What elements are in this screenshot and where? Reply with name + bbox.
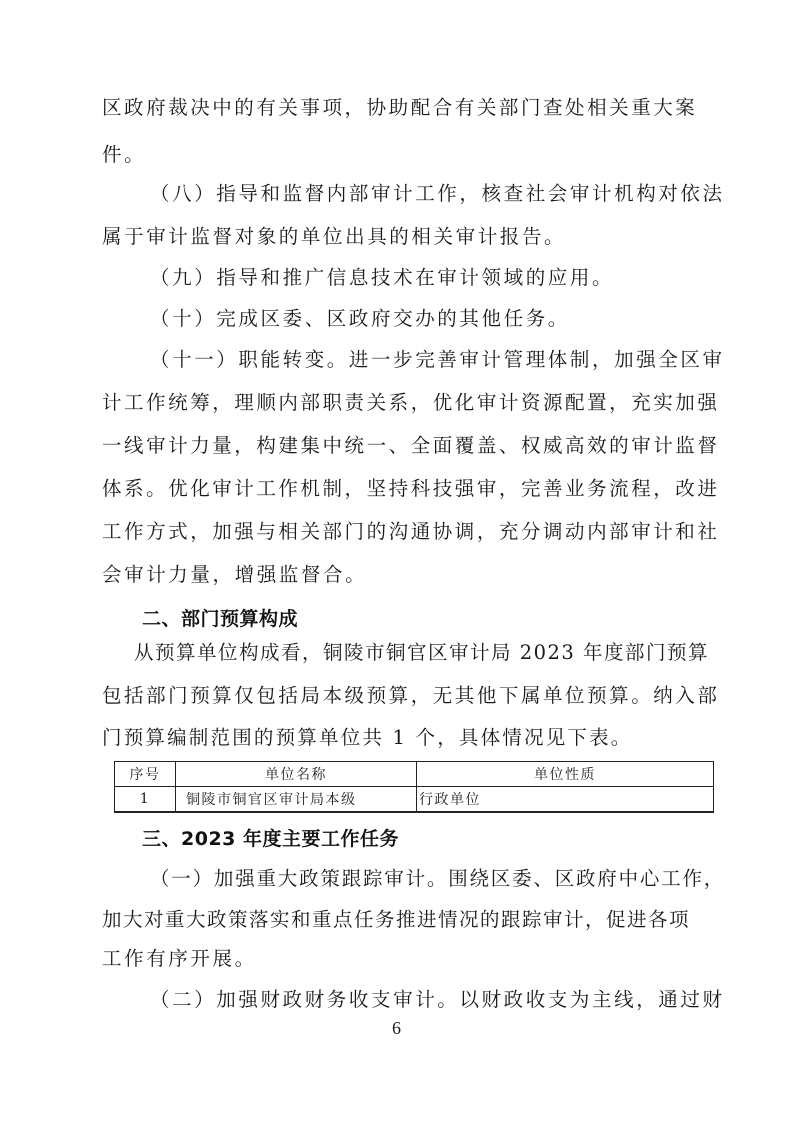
paragraph-line: （八）指导和监督内部审计工作，核查社会审计机构对依法 — [150, 181, 750, 207]
table-cell: 铜陵市铜官区审计局本级 — [176, 787, 417, 813]
paragraph-line: 包括部门预算仅包括局本级预算，无其他下属单位预算。纳入部 — [102, 683, 702, 709]
paragraph-line: 属于审计监督对象的单位出具的相关审计报告。 — [102, 224, 702, 250]
paragraph-line: 件。 — [102, 142, 702, 168]
table-cell: 1 — [115, 787, 176, 813]
section-heading-budget-composition: 二、部门预算构成 — [142, 606, 298, 632]
paragraph-line: 从预算单位构成看，铜陵市铜官区审计局 2023 年度部门预算 — [134, 640, 734, 666]
document-page: 区政府裁决中的有关事项，协助配合有关部门查处相关重大案 件。 （八）指导和监督内… — [0, 0, 793, 1122]
table-header-cell: 单位性质 — [417, 762, 714, 787]
paragraph-line: 工作有序开展。 — [102, 946, 702, 972]
paragraph-line: （一）加强重大政策跟踪审计。围绕区委、区政府中心工作， — [150, 866, 750, 892]
section-heading-main-tasks: 三、2023 年度主要工作任务 — [142, 826, 399, 852]
paragraph-line: 会审计力量，增强监督合。 — [102, 562, 702, 588]
table-header-cell: 序号 — [115, 762, 176, 787]
table-header-cell: 单位名称 — [176, 762, 417, 787]
paragraph-line: （九）指导和推广信息技术在审计领域的应用。 — [150, 265, 750, 291]
paragraph-line: 加大对重大政策落实和重点任务推进情况的跟踪审计，促进各项 — [102, 907, 702, 933]
paragraph-line: 区政府裁决中的有关事项，协助配合有关部门查处相关重大案 — [102, 95, 702, 121]
paragraph-line: 计工作统筹，理顺内部职责关系，优化审计资源配置，充实加强 — [102, 390, 702, 416]
paragraph-line: 工作方式，加强与相关部门的沟通协调，充分调动内部审计和社 — [102, 519, 702, 545]
page-number: 6 — [0, 1018, 793, 1039]
paragraph-line: （十一）职能转变。进一步完善审计管理体制，加强全区审 — [150, 347, 750, 373]
budget-unit-table: 序号 单位名称 单位性质 1 铜陵市铜官区审计局本级 行政单位 — [114, 761, 714, 813]
table-row: 1 铜陵市铜官区审计局本级 行政单位 — [115, 787, 714, 813]
paragraph-line: （二）加强财政财务收支审计。以财政收支为主线，通过财 — [150, 987, 750, 1013]
table-cell: 行政单位 — [417, 787, 714, 813]
table-header-row: 序号 单位名称 单位性质 — [115, 762, 714, 787]
paragraph-line: （十）完成区委、区政府交办的其他任务。 — [150, 306, 750, 332]
paragraph-line: 门预算编制范围的预算单位共 1 个，具体情况见下表。 — [102, 725, 702, 751]
paragraph-line: 体系。优化审计工作机制，坚持科技强审，完善业务流程，改进 — [102, 476, 702, 502]
paragraph-line: 一线审计力量，构建集中统一、全面覆盖、权威高效的审计监督 — [102, 433, 702, 459]
